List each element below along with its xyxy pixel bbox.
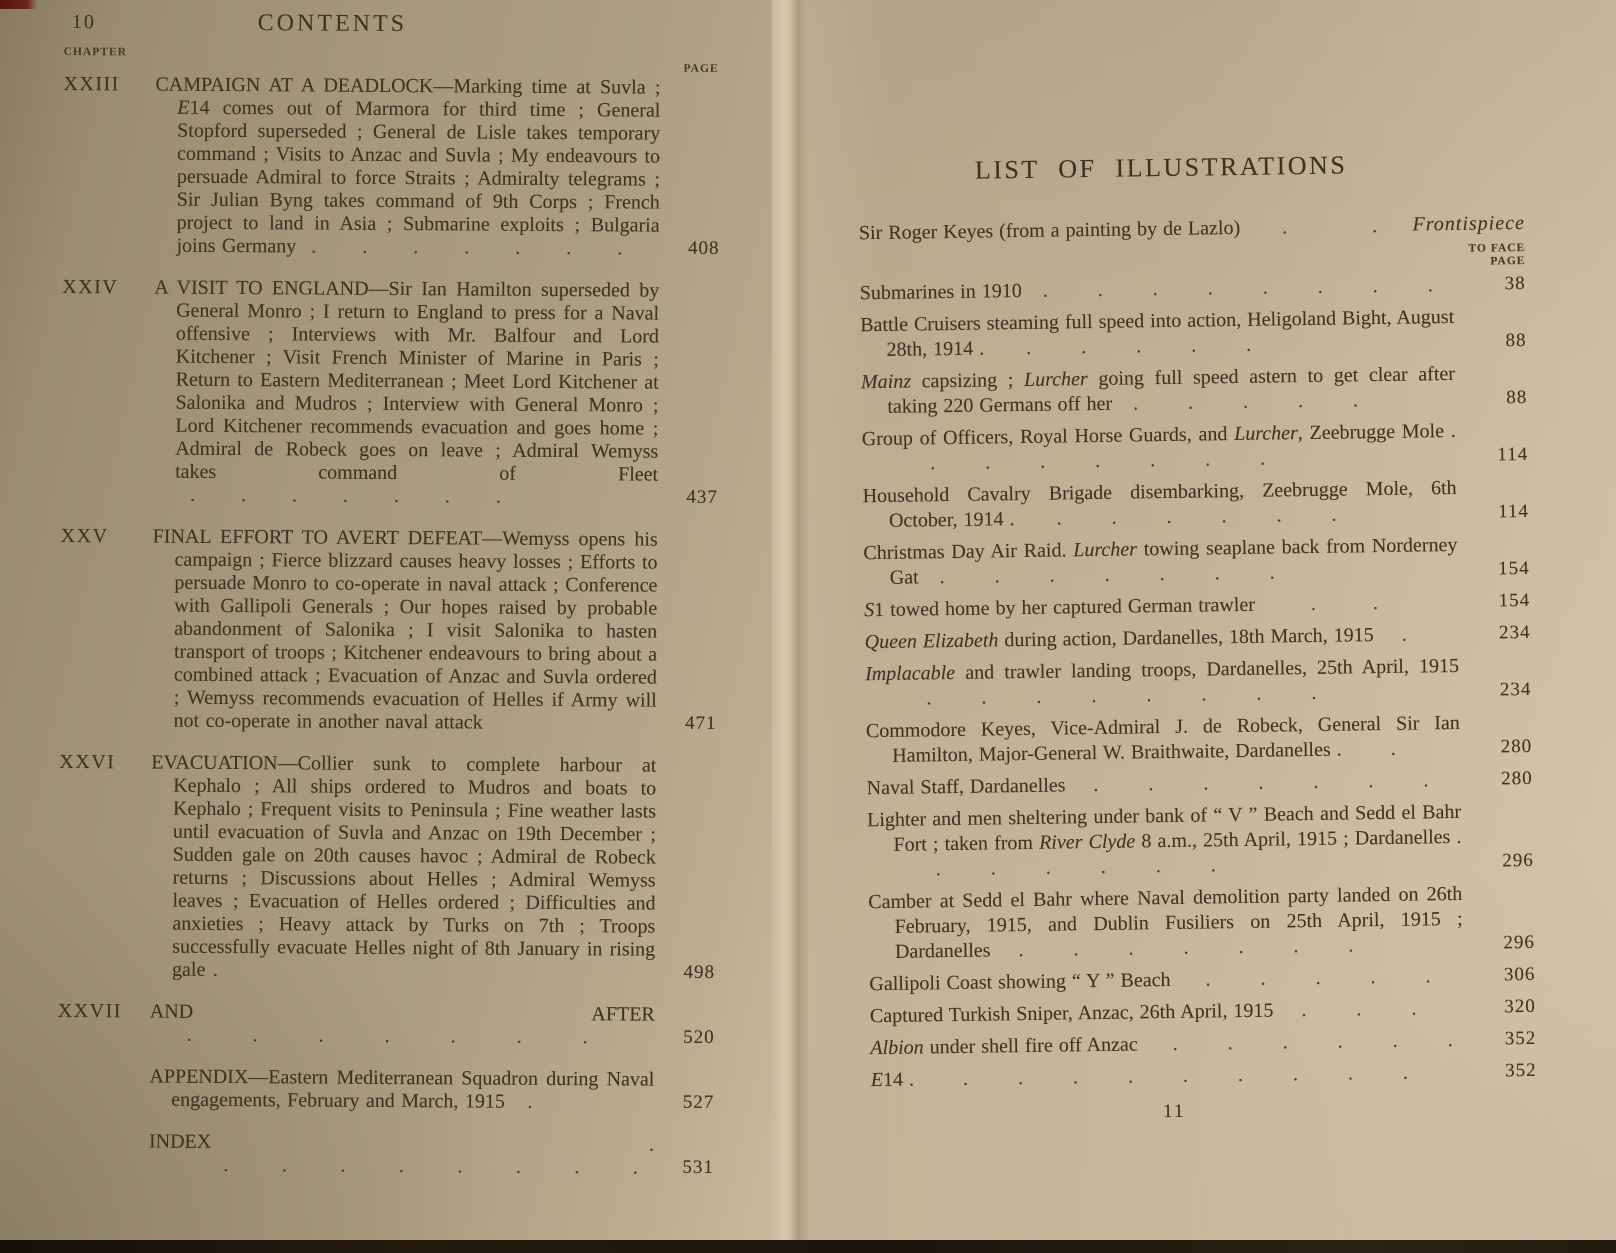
chapter-page-number: 498 — [683, 961, 715, 984]
book-cover-edge — [0, 0, 38, 9]
illustration-entry: Submarines in 1910 . . . . . . . . 38 — [860, 272, 1526, 306]
contents-list: XXIII CAMPAIGN AT A DEADLOCK—Marking tim… — [57, 73, 721, 1180]
dot-leader: . . . . . . . — [296, 235, 623, 259]
illustration-caption: Mainz capsizing ; Lurcher going full spe… — [861, 362, 1456, 420]
chapter-page-number: 437 — [686, 486, 718, 509]
illustration-entry: Gallipoli Coast showing “ Y ” Beach . . … — [869, 963, 1535, 997]
chapter-summary: CAMPAIGN AT A DEADLOCK—Marking time at S… — [154, 74, 660, 261]
illustration-page-number: 114 — [1497, 442, 1528, 467]
illustrations-title: LIST OF ILLUSTRATIONS — [858, 149, 1464, 187]
illustration-caption: Queen Elizabeth during action, Dardanell… — [865, 622, 1459, 655]
illustration-entry: Household Cavalry Brigade disembarking, … — [862, 475, 1529, 534]
contents-title: CONTENTS — [64, 9, 601, 39]
illustration-caption: Camber at Sedd el Bahr where Naval demol… — [868, 882, 1463, 965]
illustration-entry: Albion under shell fire off Anzac . . . … — [870, 1027, 1536, 1061]
chapter-numeral — [57, 1065, 149, 1112]
dot-leader: . . . . . . . — [175, 484, 502, 508]
chapter-numeral: XXVI — [58, 751, 151, 982]
dot-leader: . . . . . . . . — [891, 682, 1317, 710]
illustrations-page: LIST OF ILLUSTRATIONS Sir Roger Keyes (f… — [808, 0, 1616, 1253]
dot-leader: . . . . . . — [894, 854, 1217, 881]
illustration-caption: Albion under shell fire off Anzac . . . … — [870, 1028, 1464, 1061]
chapter-numeral: XXVII — [58, 1000, 150, 1047]
illustration-caption: Household Cavalry Brigade disembarking, … — [862, 476, 1457, 534]
toc-entry-xxvi: XXVI EVACUATION—Collier sunk to complete… — [58, 751, 716, 985]
illustration-entry: Group of Officers, Royal Horse Guards, a… — [862, 418, 1529, 477]
dot-leader: . . . . . . . . — [1022, 274, 1434, 302]
chapter-summary: EVACUATION—Collier sunk to complete harb… — [150, 752, 656, 985]
illustration-page-number: 352 — [1505, 1026, 1537, 1051]
dot-leader: . . . . . . . — [990, 934, 1354, 961]
dot-leader: . . — [1240, 215, 1378, 239]
chapter-summary: FINAL EFFORT TO AVERT DEFEAT—Wemyss open… — [152, 526, 658, 736]
book-gutter — [772, 0, 808, 1253]
dot-leader: . . . . . . — [1138, 1029, 1454, 1055]
dot-leader: . . . . . . . — [888, 448, 1266, 475]
dot-leader: . . . . . . . — [172, 1024, 589, 1049]
chapter-numeral — [57, 1130, 149, 1177]
illustration-entry: Commodore Keyes, Vice-Admiral J. de Robe… — [866, 710, 1533, 769]
illustration-page-number: Frontispiece — [1412, 211, 1525, 238]
illustration-entry: Christmas Day Air Raid. Lurcher towing s… — [863, 532, 1530, 591]
toc-entry-xxiv: XXIV A VISIT TO ENGLAND—Sir Ian Hamilton… — [61, 276, 719, 510]
illustration-page-number: 38 — [1505, 271, 1526, 296]
toc-entry-xxvii: XXVII AND AFTER . . . . . . . 520 — [58, 1000, 715, 1050]
dot-leader: . . . — [1273, 998, 1417, 1022]
illustration-entry: Queen Elizabeth during action, Dardanell… — [865, 621, 1531, 655]
illustration-page-number: 234 — [1500, 677, 1532, 702]
illustration-caption: Commodore Keyes, Vice-Admiral J. de Robe… — [866, 711, 1461, 769]
chapter-summary: APPENDIX—Eastern Mediterranean Squadron … — [149, 1066, 654, 1115]
illustration-caption: Implacable and trawler landing troops, D… — [865, 654, 1460, 712]
illustration-page-number: 114 — [1498, 499, 1529, 524]
illustration-caption: Lighter and men sheltering under bank of… — [867, 800, 1462, 883]
chapter-summary: A VISIT TO ENGLAND—Sir Ian Hamilton supe… — [153, 277, 659, 510]
illustration-page-number: 280 — [1501, 734, 1533, 759]
contents-header: 10 CONTENTS — [64, 9, 721, 47]
illustration-page-number: 154 — [1498, 556, 1530, 581]
illustration-caption: Naval Staff, Dardanelles . . . . . . . — [867, 768, 1461, 801]
dot-leader: . . . . . . . . . — [914, 1062, 1409, 1091]
page-column-label: PAGE — [683, 63, 718, 75]
illustration-page-number: 320 — [1504, 994, 1536, 1019]
chapter-numeral: XXV — [60, 525, 153, 733]
dot-leader: . . . . . — [1170, 965, 1431, 991]
illustration-caption: Sir Roger Keyes (from a painting by de L… — [859, 213, 1453, 246]
dot-leader: . — [1374, 624, 1408, 646]
illustration-page-number: 306 — [1504, 962, 1536, 987]
illustration-entry: Sir Roger Keyes (from a painting by de L… — [859, 212, 1525, 246]
illustration-page-number: 352 — [1505, 1058, 1537, 1083]
illustration-page-number: 296 — [1503, 930, 1535, 955]
illustration-page-number: 280 — [1501, 766, 1533, 791]
illustration-entry: S1 towed home by her captured German tra… — [864, 589, 1530, 623]
illustration-entry: Captured Turkish Sniper, Anzac, 26th Apr… — [870, 995, 1536, 1029]
toc-entry-xxv: XXV FINAL EFFORT TO AVERT DEFEAT—Wemyss … — [60, 525, 718, 736]
illustration-caption: Submarines in 1910 . . . . . . . . — [860, 273, 1454, 306]
dot-leader: . — [505, 1091, 534, 1113]
illustration-entry: Mainz capsizing ; Lurcher going full spe… — [861, 361, 1528, 420]
illustration-caption: Battle Cruisers steaming full speed into… — [860, 305, 1455, 363]
chapter-page-number: 531 — [682, 1156, 714, 1179]
illustration-caption: E14 . . . . . . . . . . — [871, 1060, 1465, 1093]
chapter-summary: AND AFTER . . . . . . . — [150, 1001, 655, 1050]
contents-page: 10 CONTENTS CHAPTER PAGE XXIII CAMPAIGN … — [0, 0, 772, 1253]
dot-leader: . — [1342, 738, 1397, 761]
illustrations-list: Sir Roger Keyes (from a painting by de L… — [859, 212, 1537, 1093]
illustration-caption: Group of Officers, Royal Horse Guards, a… — [862, 419, 1457, 477]
illustration-entry: E14 . . . . . . . . . . 352 — [871, 1059, 1537, 1093]
toc-entry-xxiii: XXIII CAMPAIGN AT A DEADLOCK—Marking tim… — [62, 73, 720, 261]
illustration-page-number: 154 — [1498, 588, 1530, 613]
chapter-numeral: XXIII — [62, 73, 155, 258]
illustration-caption: Captured Turkish Sniper, Anzac, 26th Apr… — [870, 996, 1464, 1029]
chapter-page-number: 527 — [683, 1091, 715, 1114]
dot-leader: . — [205, 959, 219, 981]
illustration-caption: Christmas Day Air Raid. Lurcher towing s… — [863, 533, 1458, 591]
dot-leader: . . . . . . . — [919, 561, 1276, 588]
dot-leader: . . . . . — [1112, 389, 1359, 414]
illustration-page-number: 296 — [1502, 848, 1534, 873]
chapter-page-number: 471 — [685, 712, 717, 735]
dot-leader: . . . . . — [984, 334, 1252, 360]
toc-entry-appendix: APPENDIX—Eastern Mediterranean Squadron … — [57, 1065, 714, 1115]
illustration-page-number: 88 — [1505, 328, 1526, 353]
illustration-page-number: 234 — [1499, 620, 1531, 645]
illustration-caption: S1 towed home by her captured German tra… — [864, 590, 1458, 623]
dot-leader: . . . . . . — [1014, 504, 1337, 531]
book-spread-photo: 10 CONTENTS CHAPTER PAGE XXIII CAMPAIGN … — [0, 0, 1616, 1253]
contents-column-labels: CHAPTER PAGE — [64, 43, 721, 77]
illustration-caption: Gallipoli Coast showing “ Y ” Beach . . … — [869, 964, 1463, 997]
dot-leader: . . — [1255, 592, 1379, 616]
dot-leader: . . . . . . . . — [171, 1154, 639, 1179]
right-page-number: 11 — [871, 1097, 1477, 1127]
illustration-entry: Battle Cruisers steaming full speed into… — [860, 304, 1527, 363]
illustration-entry: Camber at Sedd el Bahr where Naval demol… — [868, 881, 1535, 965]
toc-entry-index: INDEX . . . . . . . . . 531 — [57, 1130, 714, 1180]
illustration-entry: Naval Staff, Dardanelles . . . . . . . 2… — [867, 767, 1533, 801]
chapter-page-number: 520 — [683, 1026, 715, 1049]
chapter-summary: INDEX . . . . . . . . . — [149, 1131, 654, 1180]
dot-leader: . . . . . . . — [1065, 769, 1429, 796]
chapter-numeral: XXIV — [61, 276, 154, 507]
chapter-page-number: 408 — [688, 237, 720, 260]
illustration-entry: Implacable and trawler landing troops, D… — [865, 653, 1532, 712]
illustration-page-number: 88 — [1506, 385, 1527, 410]
photo-bottom-edge — [0, 1240, 1616, 1253]
to-face-page-label: TO FACE PAGE — [859, 242, 1525, 277]
illustration-entry: Lighter and men sheltering under bank of… — [867, 799, 1534, 883]
chapter-column-label: CHAPTER — [64, 46, 127, 58]
